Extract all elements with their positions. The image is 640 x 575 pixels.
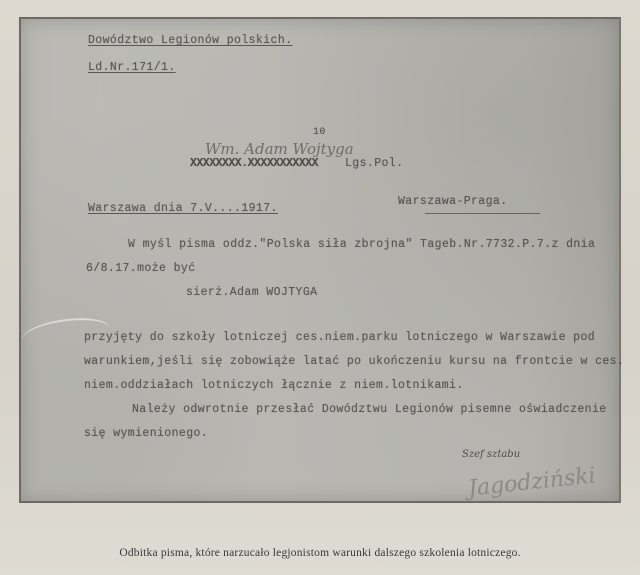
location: Warszawa-Praga. (398, 195, 508, 208)
superscript-number: 10 (313, 127, 326, 138)
soldier-name: sierż.Adam WOJTYGA (186, 286, 317, 299)
issuing-office: Dowództwo Legionów polskich. (88, 34, 292, 47)
addressee-unit: Lgs.Pol. (345, 157, 403, 170)
signature-annotation: Szef sztabu (462, 449, 520, 460)
body-line-7: się wymienionego. (84, 427, 208, 440)
body-line-2: 6/8.17.może być (86, 262, 196, 275)
photo-caption: Odbitka pisma, które narzucało legjonist… (0, 547, 640, 559)
body-line-1: W myśl pisma oddz."Polska siła zbrojna" … (128, 238, 595, 251)
body-line-5: niem.oddziałach lotniczych łącznie z nie… (84, 379, 464, 392)
body-line-3: przyjęty do szkoły lotniczej ces.niem.pa… (84, 331, 595, 344)
body-line-6: Należy odwrotnie przesłać Dowództwu Legi… (132, 403, 607, 416)
handwritten-addressee: Wm. Adam Wojtyga (205, 140, 354, 158)
struck-out-text: XXXXXXXX.XXXXXXXXXXX (190, 157, 318, 170)
location-underline (425, 213, 540, 214)
place-date: Warszawa dnia 7.V....1917. (88, 202, 278, 215)
reference-number: Ld.Nr.171/1. (88, 61, 176, 74)
body-line-4: warunkiem,jeśli się zobowiąże latać po u… (84, 355, 624, 368)
